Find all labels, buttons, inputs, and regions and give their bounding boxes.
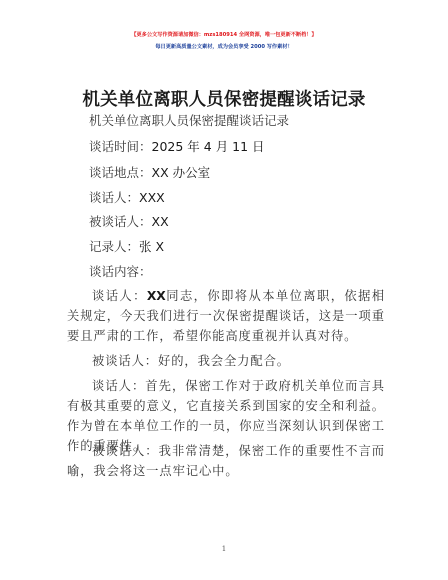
dialogue-paragraph: 被谈话人：我非常清楚，保密工作的重要性不言而喻，我会将这一点牢记心中。 [67,441,385,481]
dialogue-paragraph: 被谈话人：好的，我会全力配合。 [67,351,385,371]
dialogue-paragraph: 谈话人：XX同志，你即将从本单位离职，依据相关规定，今天我们进行一次保密提醒谈话… [67,286,385,346]
document-title: 机关单位离职人员保密提醒谈话记录 [0,86,448,111]
promo-banner-line-2: 每日更新高质量公文素材，成为会员享受 2000 写作素材！ [0,43,448,50]
speaker-label: 被谈话人： [92,444,159,458]
promo-banner-line-1: 【更多公文写作资源请加微信：mzs180914 全网资源，唯一包更新不断档！】 [0,31,448,38]
field-value: XX 办公室 [152,165,211,180]
highlight-name: XX [147,289,166,303]
field-label: 谈话地点： [89,165,152,180]
field-value: 张 X [139,239,164,254]
field-interviewer: 谈话人：XXX [89,188,165,206]
field-talk-content: 谈话内容： [89,262,152,280]
speaker-label: 谈话人： [92,289,147,303]
document-subtitle: 机关单位离职人员保密提醒谈话记录 [89,111,289,129]
paragraph-text: 好的，我会全力配合。 [158,354,290,368]
speaker-label: 被谈话人： [92,354,158,368]
field-recorder: 记录人：张 X [89,237,164,255]
field-label: 谈话内容： [89,264,152,279]
speaker-label: 谈话人： [92,379,145,393]
field-label: 谈话时间： [89,139,152,154]
field-talk-location: 谈话地点：XX 办公室 [89,163,210,181]
field-label: 记录人： [89,239,139,254]
field-label: 谈话人： [89,190,139,205]
field-label: 被谈话人： [89,214,152,229]
field-talk-time: 谈话时间：2025 年 4 月 11 日 [89,137,265,155]
page-number: 1 [0,545,448,553]
field-interviewee: 被谈话人：XX [89,212,169,230]
field-value: XX [152,214,169,229]
field-value: 2025 年 4 月 11 日 [152,139,265,154]
field-value: XXX [139,190,165,205]
